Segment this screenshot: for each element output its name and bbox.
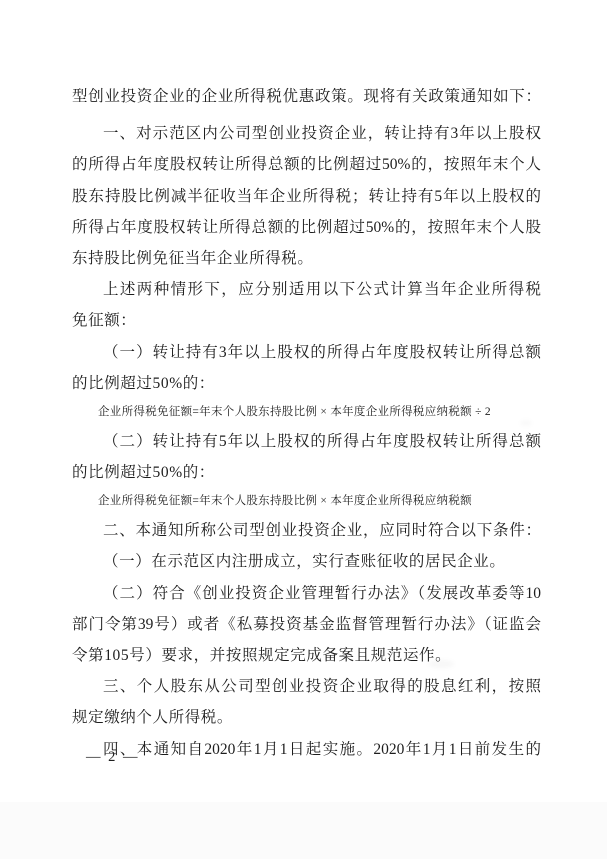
formula-line: 企业所得税免征额=年末个人股东持股比例 × 本年度企业所得税应纳税额 [72,488,541,515]
text-line: （二）符合《创业投资企业管理暂行办法》（发展改革委等10 [72,578,541,609]
text-line: 一、对示范区内公司型创业投资企业，转让持有3年以上股权 [72,118,541,149]
text-line: 部门令第39号）或者《私募投资基金监督管理暂行办法》（证监会 [72,609,541,640]
text-line: 东持股比例免征当年企业所得税。 [72,243,541,274]
text-line: （一）转让持有3年以上股权的所得占年度股权转让所得总额 [72,337,541,368]
scan-shading [0,802,607,859]
text-line: 型创业投资企业的企业所得税优惠政策。现将有关政策通知如下： [72,81,541,112]
text-line: （一）在示范区内注册成立，实行查账征收的居民企业。 [72,546,541,577]
text-line: （二）转让持有5年以上股权的所得占年度股权转让所得总额 [72,426,541,457]
document-page: 型创业投资企业的企业所得税优惠政策。现将有关政策通知如下：一、对示范区内公司型创… [0,0,607,859]
text-line: 令第105号）要求，并按照规定完成备案且规范运作。 [72,640,541,671]
text-line: 的比例超过50%的： [72,457,541,488]
text-line: 所得占年度股权转让所得总额的比例超过50%的，按照年末个人股 [72,212,541,243]
document-body: 型创业投资企业的企业所得税优惠政策。现将有关政策通知如下：一、对示范区内公司型创… [72,81,541,765]
text-line: 的比例超过50%的： [72,368,541,399]
text-line: 二、本通知所称公司型创业投资企业，应同时符合以下条件： [72,515,541,546]
text-line: 四、本通知自2020年1月1日起实施。2020年1月1日前发生的 [72,734,541,765]
page-number: — 2 — [86,749,140,766]
text-line: 免征额： [72,305,541,336]
text-line: 规定缴纳个人所得税。 [72,702,541,733]
text-line: 的所得占年度股权转让所得总额的比例超过50%的，按照年末个人 [72,149,541,180]
text-line: 股东持股比例减半征收当年企业所得税；转让持有5年以上股权的 [72,181,541,212]
text-line: 三、个人股东从公司型创业投资企业取得的股息红利，按照 [72,671,541,702]
text-line: 上述两种情形下，应分别适用以下公式计算当年企业所得税 [72,274,541,305]
formula-line: 企业所得税免征额=年末个人股东持股比例 × 本年度企业所得税应纳税额 ÷ 2 [72,399,541,426]
